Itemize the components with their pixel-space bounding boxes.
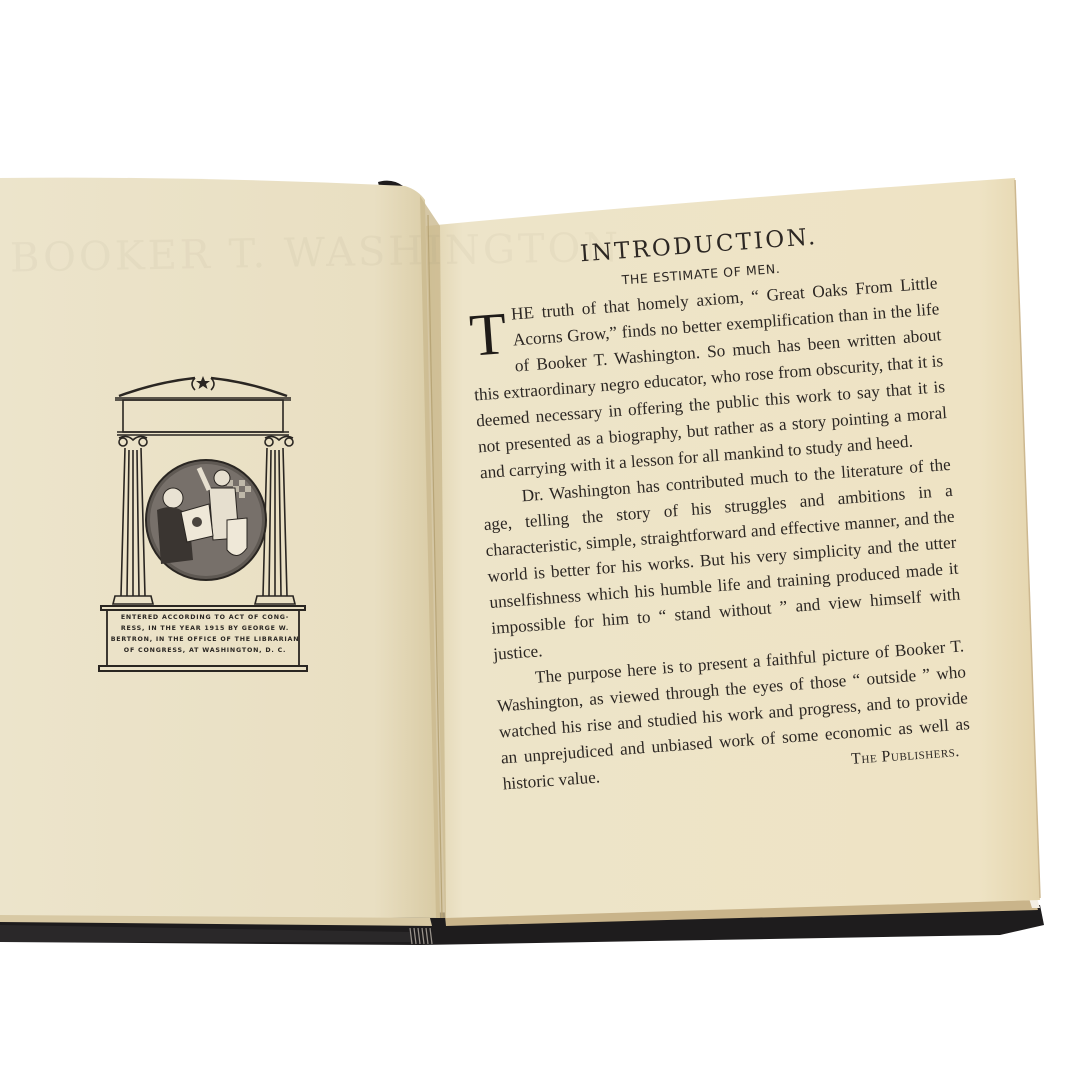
copyright-line: RESS, IN THE YEAR 1915 BY GEORGE W. (111, 623, 300, 634)
body-text: THE truth of that homely axiom, “ Great … (468, 270, 973, 798)
introduction-page: INTRODUCTION. THE ESTIMATE OF MEN. THE t… (462, 194, 973, 799)
signature: The Publishers. (851, 742, 973, 768)
shield-icon (227, 518, 247, 556)
faded-bleedthrough-heading: BOOKER T. WASHINGTON (10, 229, 411, 282)
copyright-line: ENTERED ACCORDING TO ACT OF CONG- (111, 612, 300, 623)
star-icon (196, 376, 210, 389)
vignette-medallion (146, 460, 266, 580)
drop-cap: T (468, 310, 508, 359)
paragraph-1: THE truth of that homely axiom, “ Great … (468, 270, 950, 486)
copyright-line: OF CONGRESS, AT WASHINGTON, D. C. (111, 645, 300, 656)
copyright-line: BERTRON, IN THE OFFICE OF THE LIBRARIAN (111, 634, 300, 645)
copyright-notice: ENTERED ACCORDING TO ACT OF CONG- RESS, … (108, 608, 302, 660)
book-photo: BOOKER T. WASHINGTON (0, 0, 1080, 1080)
paragraph-2: Dr. Washington has contributed much to t… (481, 452, 963, 668)
